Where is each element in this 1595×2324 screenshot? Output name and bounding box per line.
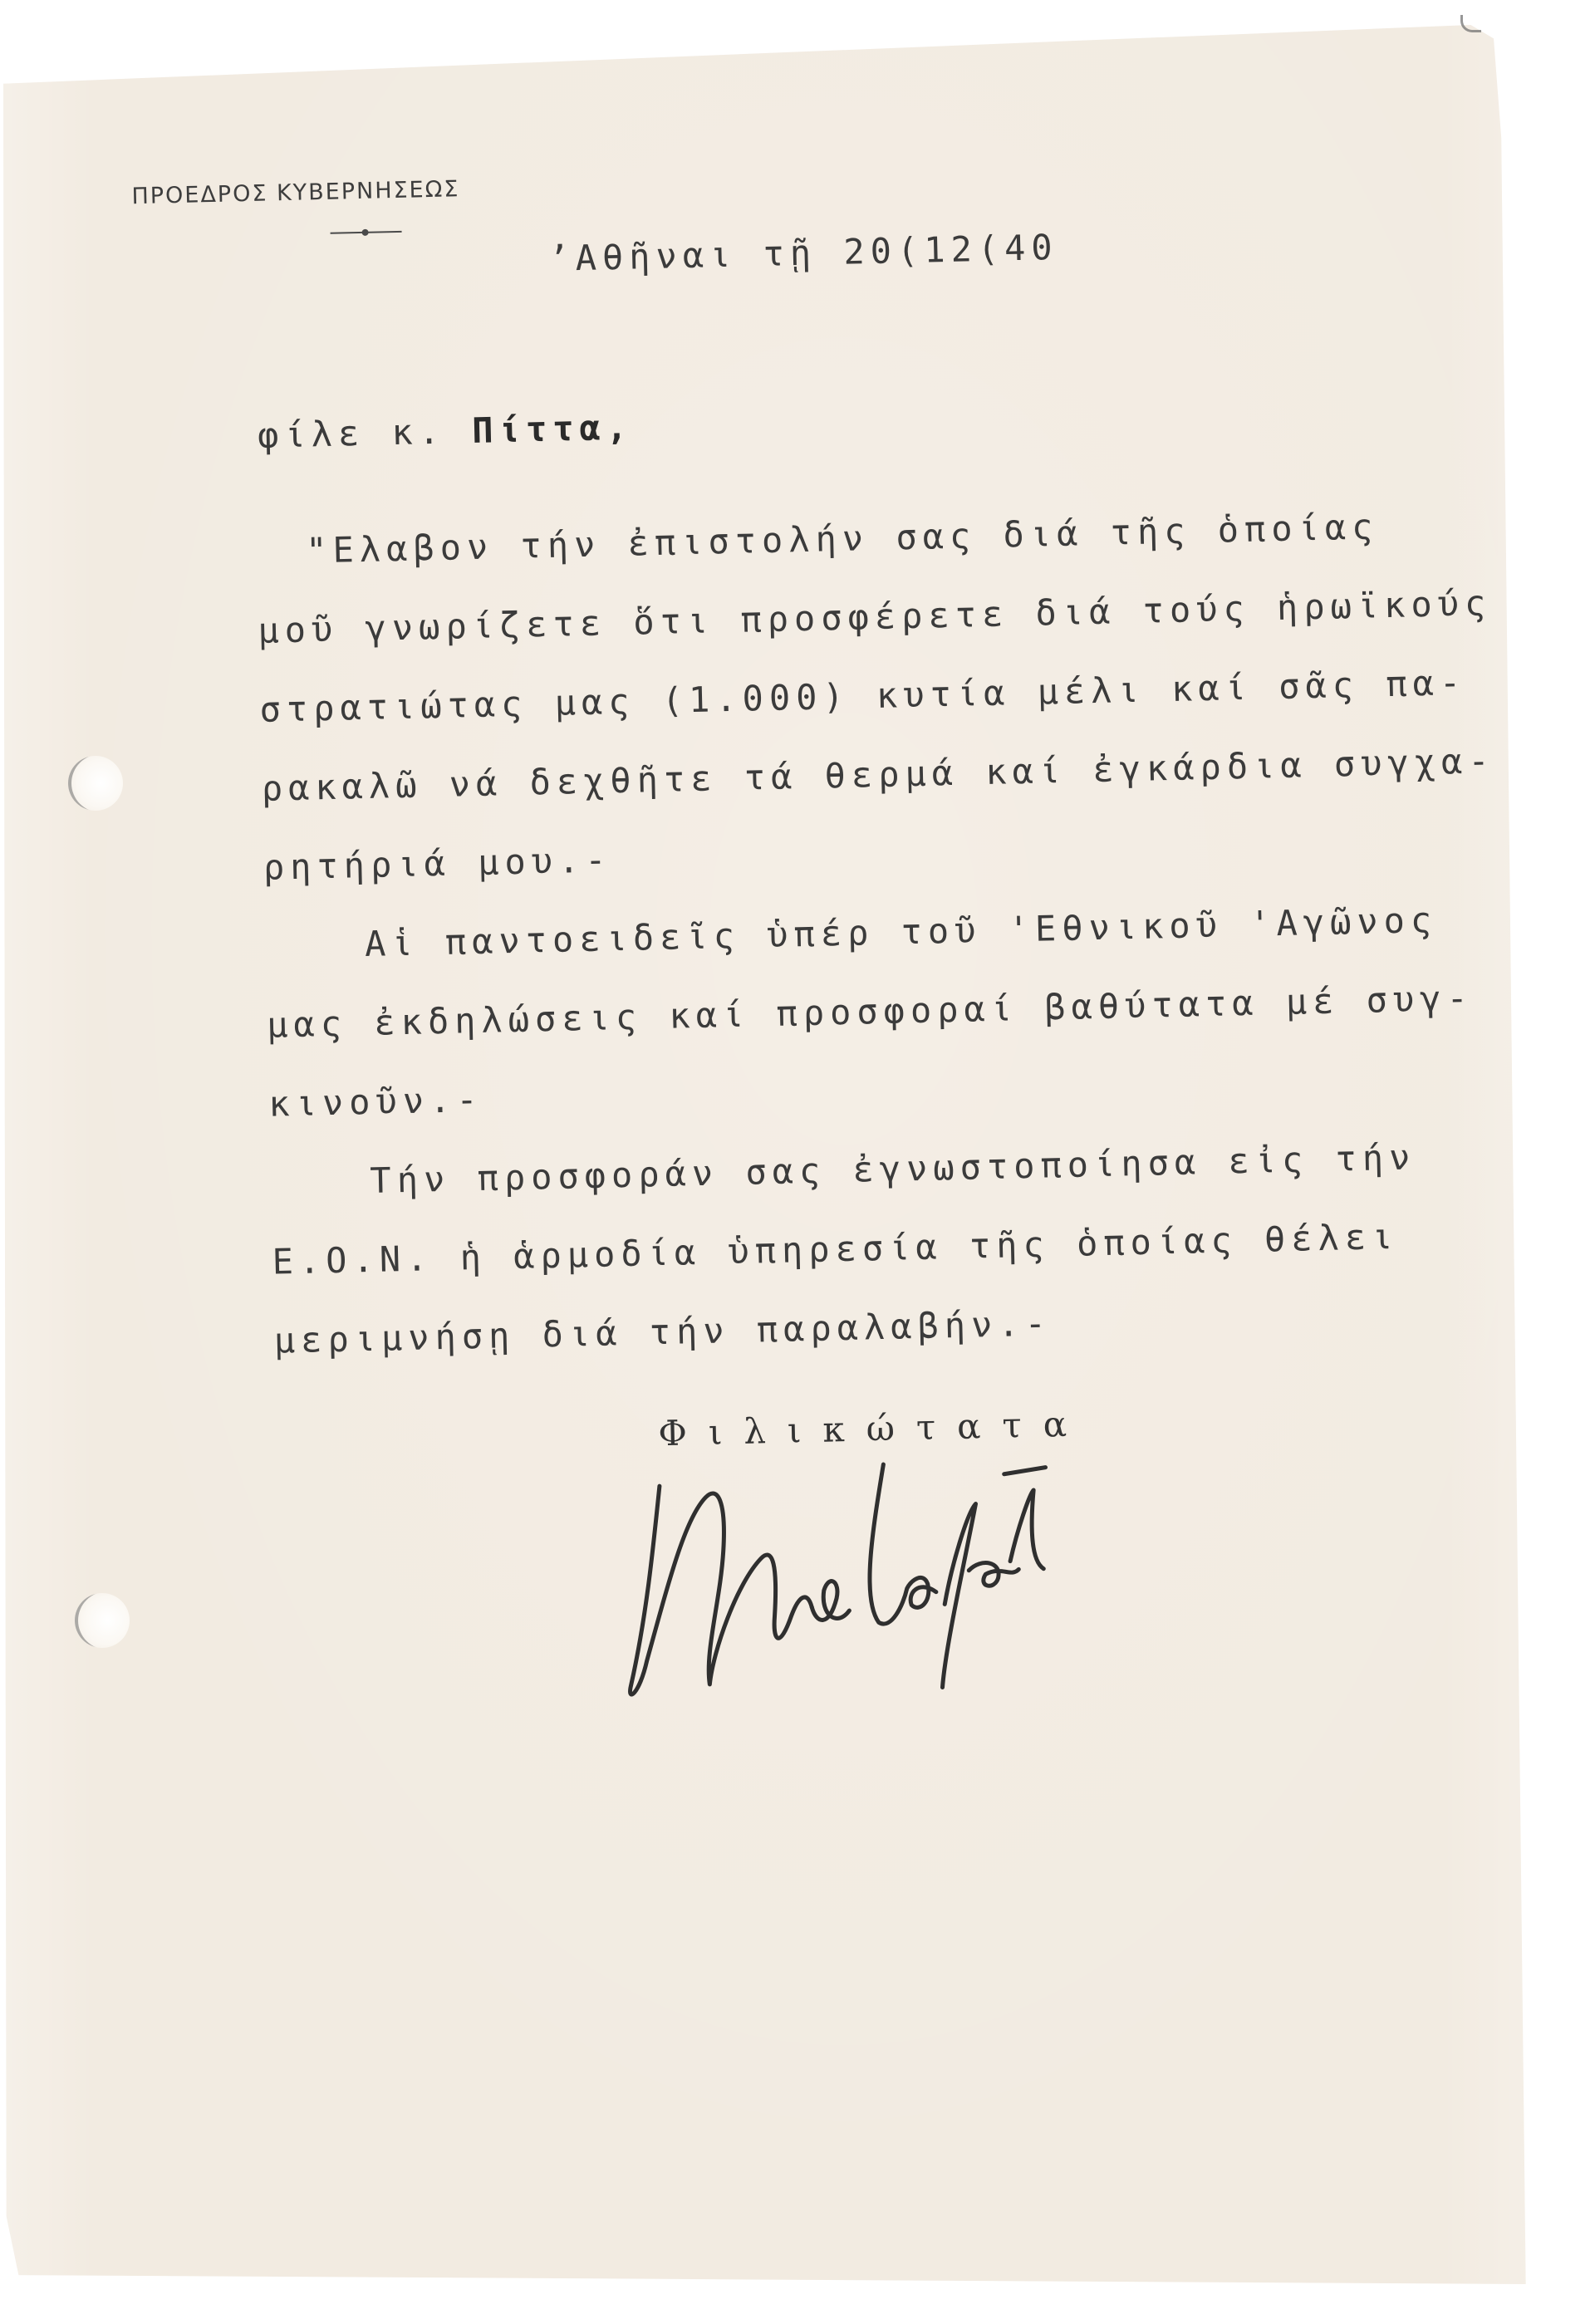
letterhead-divider: [331, 231, 402, 234]
salutation: φίλε κ. Πίττα,: [258, 407, 634, 456]
body-line: ρητήριά μου.-: [263, 839, 612, 888]
body-line: "Ελαβον τήν ἐπιστολήν σας διά τῆς ὁποίας: [306, 506, 1379, 571]
body-line: Τήν προσφοράν σας ἐγνωστοποίησα εἰς τήν: [370, 1136, 1416, 1201]
date-line: ’Αθῆναι τῇ 20(12(40: [548, 227, 1058, 279]
salutation-prefix: φίλε κ.: [258, 411, 446, 456]
body-line: Αἱ παντοειδεῖς ὑπέρ τοῦ 'Εθνικοῦ 'Αγῶνος: [364, 900, 1437, 964]
body-line: κινοῦν.-: [268, 1079, 483, 1125]
letterhead-title: ΠΡΟΕΔΡΟΣ ΚΥΒΕΡΝΗΣΕΩΣ: [131, 176, 460, 209]
body-line: μεριμνήσῃ διά τήν παραλαβήν.-: [273, 1302, 1052, 1361]
body-line: στρατιώτας μας (1.000) κυτία μέλι καί σᾶ…: [259, 662, 1467, 730]
letter-content: ΠΡΟΕΔΡΟΣ ΚΥΒΕΡΝΗΣΕΩΣ ’Αθῆναι τῇ 20(12(40…: [0, 0, 1595, 2324]
body-line: μοῦ γνωρίζετε ὅτι προσφέρετε διά τούς ἡρ…: [258, 582, 1492, 651]
handwritten-signature: [609, 1435, 1445, 1704]
recipient-name: Πίττα,: [472, 407, 634, 451]
body-line: μας ἐκδηλώσεις καί προσφοραί βαθύτατα μέ…: [267, 978, 1475, 1046]
body-line: Ε.Ο.Ν. ἡ ἁρμοδία ὑπηρεσία τῆς ὁποίας θέλ…: [272, 1216, 1399, 1282]
body-line: ρακαλῶ νά δεχθῆτε τά θερμά καί ἐγκάρδια …: [261, 740, 1495, 809]
